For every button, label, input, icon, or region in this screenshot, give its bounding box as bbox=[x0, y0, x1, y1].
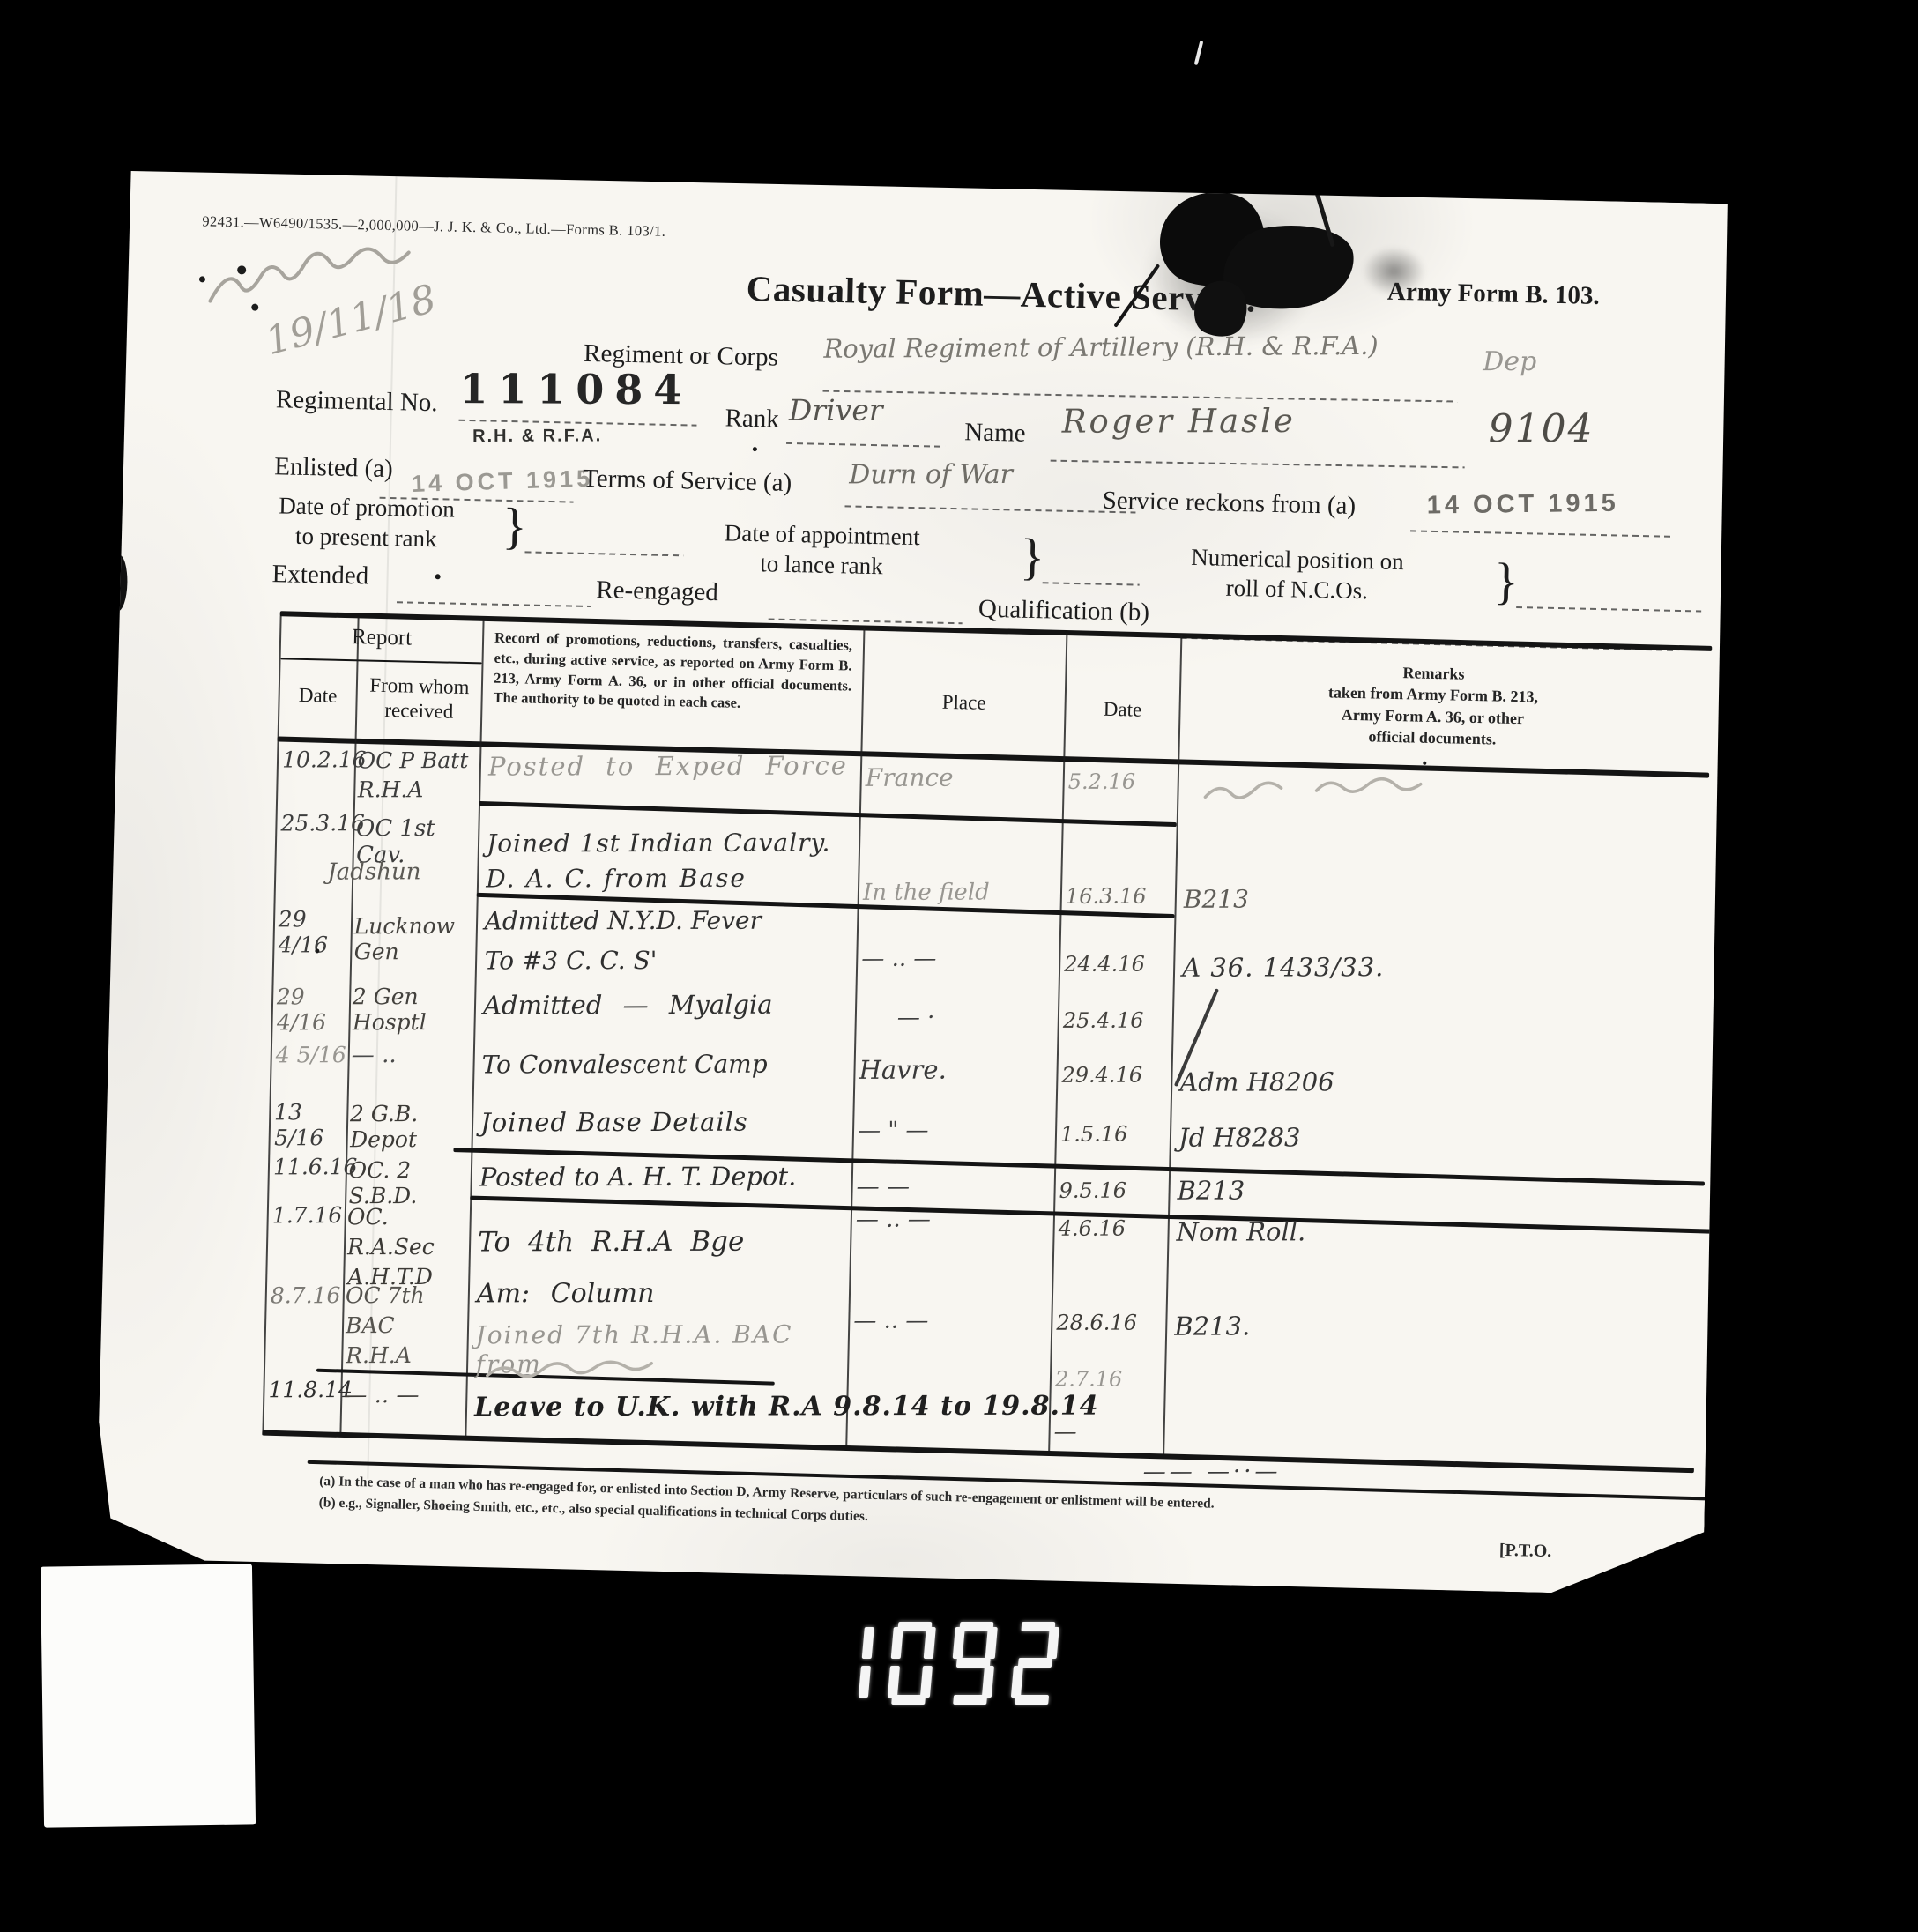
cell-remarks: B213 bbox=[1178, 1174, 1698, 1206]
cell-report-date: 13 5/16 bbox=[274, 1099, 353, 1150]
segment bbox=[888, 1666, 900, 1698]
rule bbox=[1410, 530, 1675, 538]
segment bbox=[1047, 1627, 1059, 1659]
rule bbox=[844, 505, 1135, 513]
speck bbox=[1423, 762, 1426, 765]
cell-place: — .. — bbox=[853, 1307, 1052, 1334]
service-reckons-label: Service reckons from (a) bbox=[1102, 487, 1356, 521]
segment bbox=[956, 1658, 991, 1668]
rule bbox=[1051, 460, 1465, 469]
regiment-value: Royal Regiment of Artillery (R.H. & R.F.… bbox=[823, 331, 1379, 364]
cell-record: To 4th R.H.A Bge bbox=[478, 1225, 857, 1258]
cell-record: Posted to Exped Force bbox=[488, 750, 867, 781]
promotion-label: Date of promotion to present rank bbox=[278, 491, 455, 554]
cell-record: Am: Column bbox=[477, 1277, 856, 1309]
cell-from: Jadshun bbox=[327, 858, 455, 885]
cell-remarks: Nom Roll. bbox=[1177, 1215, 1697, 1247]
cell-from: 2 Gen Hosptl bbox=[353, 984, 480, 1035]
segment bbox=[985, 1627, 998, 1659]
rule bbox=[1516, 606, 1701, 613]
brace: } bbox=[1493, 551, 1519, 611]
segment bbox=[859, 1666, 871, 1698]
cell-report-date: 25.3.16 bbox=[280, 810, 360, 836]
speck bbox=[435, 574, 441, 579]
unit-stamp: R.H. & R.F.A. bbox=[472, 426, 602, 447]
cell-date: 16.3.16 bbox=[1066, 884, 1178, 909]
cell-date: 1.5.16 bbox=[1060, 1121, 1173, 1146]
segment bbox=[924, 1627, 936, 1659]
cell-place: In the field bbox=[863, 879, 1061, 906]
cell-report-date: 29 4/16 bbox=[277, 984, 356, 1035]
bottom-marks: —— —··— bbox=[1143, 1459, 1282, 1485]
report-underline bbox=[281, 658, 482, 664]
extended-label: Extended bbox=[271, 560, 368, 591]
cell-place: — .. — bbox=[861, 945, 1059, 972]
cell-remarks: B213 bbox=[1184, 883, 1704, 914]
cell-record: Admitted N.Y.D. Fever To #3 C. C. S' bbox=[485, 901, 864, 981]
cell-date: — bbox=[1054, 1418, 1167, 1445]
cell-place: — — bbox=[857, 1173, 1055, 1200]
cell-place: — " — bbox=[858, 1117, 1056, 1144]
name-value: Roger Hasle bbox=[1062, 402, 1296, 441]
cell-from: OC P Batt R.H.A bbox=[358, 747, 486, 804]
service-date-stamp: 14 OCT 1915 bbox=[1427, 489, 1620, 521]
cell-date: 4.6.16 bbox=[1059, 1215, 1171, 1240]
seven-seg-digit bbox=[948, 1622, 998, 1705]
cell-from: Lucknow Gen bbox=[354, 913, 482, 964]
cell-place: France bbox=[866, 762, 1064, 792]
segment bbox=[982, 1666, 994, 1698]
enlisted-label: Enlisted (a) bbox=[274, 452, 393, 484]
enlisted-date-stamp: 14 OCT 1915 bbox=[412, 465, 594, 498]
cell-record: Leave to U.K. with R.A 9.8.14 to 19.8.14 bbox=[474, 1391, 853, 1423]
name-label: Name bbox=[964, 418, 1026, 449]
pto-label: [P.T.O. bbox=[1499, 1541, 1552, 1562]
frame-counter bbox=[825, 1622, 1097, 1710]
col-place-header: Place bbox=[866, 689, 1061, 717]
numerical-label: Numerical position on roll of N.C.Os. bbox=[1190, 543, 1404, 607]
rule bbox=[786, 442, 945, 448]
rank-value: Driver bbox=[789, 393, 883, 427]
printer-imprint: 92431.—W6490/1535.—2,000,000—J. J. K. & … bbox=[202, 212, 665, 240]
cell-report-date: 1.7.16 bbox=[272, 1202, 352, 1228]
cell-record: Admitted — Myalgia bbox=[483, 989, 862, 1020]
qualification-label: Qualification (b) bbox=[978, 595, 1150, 628]
segment bbox=[862, 1627, 874, 1659]
segment bbox=[953, 1695, 987, 1705]
cell-remarks: A 36. 1433/33. bbox=[1182, 951, 1702, 983]
cell-record: Joined Base Details bbox=[480, 1106, 859, 1137]
ink-blot bbox=[1087, 172, 1462, 409]
cell-place: — .. — bbox=[856, 1206, 1054, 1233]
cell-date: 29.4.16 bbox=[1061, 1063, 1174, 1088]
rule bbox=[1043, 582, 1140, 585]
cell-date: 24.4.16 bbox=[1064, 952, 1177, 977]
report-header: Report bbox=[281, 623, 483, 652]
regiment-extra: Dep bbox=[1483, 346, 1536, 377]
blank-card bbox=[41, 1564, 256, 1827]
cell-record: Posted to A. H. T. Depot. bbox=[479, 1161, 859, 1192]
col-remarks-header: Remarks taken from Army Form B. 213, Arm… bbox=[1203, 658, 1663, 754]
col-record-header: Record of promotions, reductions, transf… bbox=[493, 628, 852, 717]
speck bbox=[753, 447, 757, 451]
col-date-header: Date bbox=[278, 683, 358, 708]
microfilm-frame: 92431.—W6490/1535.—2,000,000—J. J. K. & … bbox=[0, 0, 1918, 1932]
rule bbox=[524, 551, 683, 556]
seven-seg-digit bbox=[1010, 1622, 1059, 1705]
seven-seg-digit bbox=[887, 1622, 936, 1705]
segment bbox=[953, 1627, 965, 1659]
segment bbox=[891, 1627, 903, 1659]
cell-from: — .. — bbox=[344, 1382, 472, 1408]
brace: } bbox=[502, 496, 527, 556]
cell-date: 5.2.16 bbox=[1068, 769, 1181, 794]
col-from-header: From whom received bbox=[357, 672, 481, 724]
cell-remarks: B213. bbox=[1174, 1310, 1694, 1341]
reengaged-label: Re-engaged bbox=[596, 576, 718, 607]
cell-report-date: 11.8.14 bbox=[268, 1377, 347, 1402]
cell-record: Joined 1st Indian Cavalry. bbox=[487, 828, 866, 858]
rule bbox=[459, 420, 697, 427]
cell-record: D. A. C. from Base bbox=[486, 863, 865, 893]
seven-seg-digit bbox=[825, 1622, 874, 1705]
rule bbox=[397, 601, 591, 607]
speck bbox=[315, 948, 319, 953]
cell-report-date: 8.7.16 bbox=[271, 1282, 350, 1308]
terms-value: Durn of War bbox=[849, 459, 1013, 490]
segment bbox=[1011, 1666, 1023, 1698]
segment bbox=[920, 1666, 933, 1698]
brace: } bbox=[1020, 527, 1045, 587]
rank-label: Rank bbox=[725, 404, 779, 434]
pencil-scribble bbox=[1201, 774, 1493, 815]
edge-blot bbox=[109, 554, 128, 611]
cell-date: 25.4.16 bbox=[1063, 1008, 1176, 1033]
name-extra: 9104 bbox=[1489, 406, 1595, 451]
cell-report-date: 10.2.16 bbox=[282, 747, 361, 772]
cell-from: 2 G.B. Depot bbox=[350, 1101, 478, 1152]
segment bbox=[1015, 1695, 1049, 1705]
film-scratch bbox=[1194, 41, 1204, 65]
regimental-no-label: Regimental No. bbox=[276, 385, 438, 418]
cell-report-date: 4 5/16 bbox=[276, 1042, 355, 1067]
cell-date: 9.5.16 bbox=[1059, 1178, 1172, 1202]
cell-report-date: 11.6.16 bbox=[273, 1154, 353, 1179]
cell-record: To Convalescent Camp bbox=[482, 1049, 861, 1079]
cell-remarks: Jd H8283 bbox=[1178, 1121, 1699, 1153]
cell-place: Havre. bbox=[859, 1054, 1058, 1085]
cell-date: 28.6.16 bbox=[1056, 1310, 1169, 1334]
cell-from: — .. bbox=[352, 1042, 479, 1068]
regimental-no-value: 111084 bbox=[459, 365, 692, 413]
cell-from: OC 7th BAC R.H.A bbox=[346, 1281, 473, 1371]
cell-remarks: Adm H8206 bbox=[1179, 1066, 1699, 1097]
terms-label: Terms of Service (a) bbox=[583, 464, 792, 498]
speck bbox=[199, 276, 205, 282]
col-date2-header: Date bbox=[1067, 697, 1178, 723]
cell-date-pencil: 2.7.16 bbox=[1055, 1366, 1168, 1391]
appointment-label: Date of appointment to lance rank bbox=[724, 518, 920, 582]
casualty-form-sheet: 92431.—W6490/1535.—2,000,000—J. J. K. & … bbox=[92, 168, 1733, 1596]
